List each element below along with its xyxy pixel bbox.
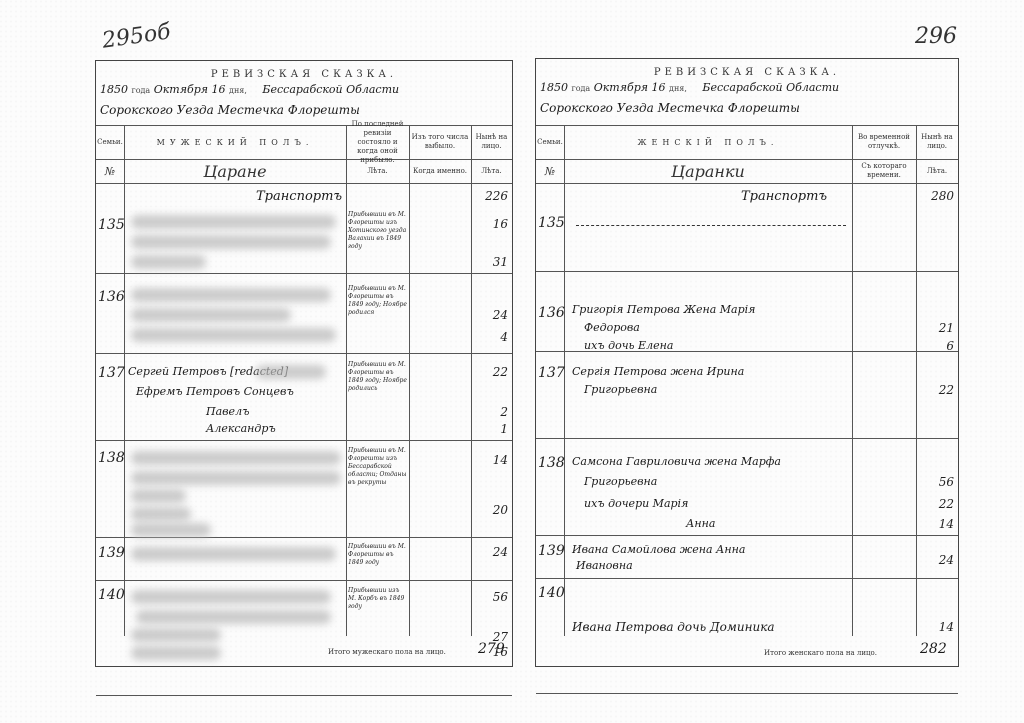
subhdr-group: Царане bbox=[124, 159, 346, 183]
person-entry: ихъ дочь Елена bbox=[584, 339, 673, 352]
empty-entry-dash bbox=[576, 225, 846, 226]
family-number: 140 bbox=[538, 585, 565, 601]
redacted-name bbox=[131, 471, 341, 485]
col-departed: Изъ того числа выбыло. bbox=[409, 125, 471, 159]
person-entry: Ивановна bbox=[576, 559, 633, 572]
person-entry: Анна bbox=[686, 517, 715, 530]
redacted-name bbox=[256, 365, 326, 379]
redacted-name bbox=[131, 255, 206, 269]
left-header-line1: 1850 года Октября 16 дня, Бессарабской О… bbox=[100, 83, 399, 96]
family-number: 140 bbox=[98, 587, 125, 603]
age: 14 bbox=[474, 453, 508, 467]
person-name: Александръ bbox=[206, 422, 276, 435]
person-entry: Григорьевна bbox=[584, 383, 657, 396]
age: 22 bbox=[474, 365, 508, 379]
subhdr-no: № bbox=[96, 159, 124, 183]
age: 22 bbox=[920, 497, 954, 511]
right-page-number: 296 bbox=[915, 24, 957, 49]
left-total-label: Итого мужескаго пола на лицо. bbox=[328, 648, 446, 656]
family-number: 137 bbox=[538, 365, 565, 381]
right-total-value: 282 bbox=[920, 641, 947, 657]
family-number: 138 bbox=[98, 450, 125, 466]
family-number: 135 bbox=[538, 215, 565, 231]
redacted-name bbox=[131, 328, 336, 342]
redacted-name bbox=[131, 646, 221, 660]
age: 14 bbox=[920, 620, 954, 634]
right-page: РЕВИЗСКАЯ СКАЗКА. 1850 года Октября 16 д… bbox=[535, 58, 959, 667]
redacted-name bbox=[131, 547, 336, 561]
person-entry: Ивана Самойлова жена Анна bbox=[572, 543, 745, 556]
subhdr-age: Лѣта. bbox=[916, 159, 958, 183]
age: 21 bbox=[920, 321, 954, 335]
subhdr-when: Когда именно. bbox=[409, 159, 471, 183]
col-since-last-revision: По последней ревизіи состояло и когда он… bbox=[346, 125, 409, 159]
arrival-note: Прибывшии въ М. Флорешты изъ Хотинского … bbox=[348, 211, 408, 251]
col-family: Семьи. bbox=[536, 125, 564, 159]
redacted-name bbox=[131, 590, 331, 604]
age: 56 bbox=[474, 590, 508, 604]
family-number: 136 bbox=[98, 289, 125, 305]
family-number: 136 bbox=[538, 305, 565, 321]
family-number: 138 bbox=[538, 455, 565, 471]
redacted-name bbox=[131, 288, 331, 302]
family-number: 139 bbox=[538, 543, 565, 559]
age: 24 bbox=[474, 308, 508, 322]
col-family: Семьи. bbox=[96, 125, 124, 159]
redacted-name bbox=[131, 451, 341, 465]
person-name: Ефремъ Петровъ Сонцевъ bbox=[136, 385, 294, 398]
age: 56 bbox=[920, 475, 954, 489]
arrival-note: Прибывшии въ М. Флорешты въ 1849 году; Н… bbox=[348, 361, 408, 393]
subhdr-years: Лѣта. bbox=[346, 159, 409, 183]
left-transport-value: 226 bbox=[474, 189, 508, 203]
right-header-line1: 1850 года Октября 16 дня, Бессарабской О… bbox=[540, 81, 839, 94]
right-title: РЕВИЗСКАЯ СКАЗКА. bbox=[536, 67, 958, 78]
arrival-note: Прибывшии изъ М. Корбъ въ 1849 году bbox=[348, 587, 408, 611]
age: 1 bbox=[474, 422, 508, 436]
age: 31 bbox=[474, 255, 508, 269]
redacted-name bbox=[131, 523, 211, 537]
arrival-note: Прибывшии въ М. Флорешты въ 1849 году; Н… bbox=[348, 285, 408, 317]
col-male-sex: МУЖЕСКИЙ ПОЛЪ. bbox=[124, 125, 346, 159]
arrival-note: Прибывшии въ М. Флорешты изъ Бессарабско… bbox=[348, 447, 408, 487]
person-entry: Самсона Гавриловича жена Марфа bbox=[572, 455, 781, 468]
left-header-line2: Сорокского Уезда Местечка Флорешты bbox=[100, 103, 360, 117]
left-page: РЕВИЗСКАЯ СКАЗКА. 1850 года Октября 16 д… bbox=[95, 60, 513, 667]
right-header-line2: Сорокского Уезда Местечка Флорешты bbox=[540, 101, 800, 115]
age: 6 bbox=[920, 339, 954, 353]
subhdr-group: Царанки bbox=[564, 159, 852, 183]
family-number: 135 bbox=[98, 217, 125, 233]
right-transport-value: 280 bbox=[920, 189, 954, 203]
age: 2 bbox=[474, 405, 508, 419]
col-current-age: Нынѣ на лицо. bbox=[471, 125, 512, 159]
redacted-name bbox=[131, 215, 336, 229]
redacted-name bbox=[136, 610, 331, 624]
redacted-name bbox=[131, 628, 221, 642]
left-table: Семьи. МУЖЕСКИЙ ПОЛЪ. По последней ревиз… bbox=[96, 125, 512, 666]
col-temporary-absence: Во временной отлучкѣ. bbox=[852, 125, 916, 159]
age: 4 bbox=[474, 330, 508, 344]
subhdr-since: Съ котораго времени. bbox=[852, 159, 916, 183]
age: 24 bbox=[920, 553, 954, 567]
right-transport-label: Транспортъ bbox=[741, 189, 827, 204]
col-current-age: Нынѣ на лицо. bbox=[916, 125, 958, 159]
right-total-label: Итого женскаго пола на лицо. bbox=[764, 649, 877, 657]
redacted-name bbox=[131, 308, 291, 322]
age: 16 bbox=[474, 217, 508, 231]
redacted-name bbox=[131, 235, 331, 249]
redacted-name bbox=[131, 489, 186, 503]
age: 22 bbox=[920, 383, 954, 397]
age: 14 bbox=[920, 517, 954, 531]
age: 24 bbox=[474, 545, 508, 559]
right-table: Семьи. ЖЕНСКІЙ ПОЛЪ. Во временной отлучк… bbox=[536, 125, 958, 666]
person-entry: Ивана Петрова дочь Доминика bbox=[572, 620, 775, 634]
redacted-name bbox=[131, 507, 191, 521]
subhdr-no: № bbox=[536, 159, 564, 183]
left-transport-label: Транспортъ bbox=[256, 189, 342, 204]
arrival-note: Прибывшии въ М. Флорешты въ 1849 году bbox=[348, 543, 408, 567]
person-entry: Григорія Петрова Жена Марія bbox=[572, 303, 755, 316]
person-entry: ихъ дочери Марія bbox=[584, 497, 688, 510]
left-title: РЕВИЗСКАЯ СКАЗКА. bbox=[96, 69, 512, 80]
family-number: 137 bbox=[98, 365, 125, 381]
subhdr-age: Лѣта. bbox=[471, 159, 512, 183]
col-female-sex: ЖЕНСКІЙ ПОЛЪ. bbox=[564, 125, 852, 159]
family-number: 139 bbox=[98, 545, 125, 561]
left-total-value: 279 bbox=[478, 641, 505, 657]
person-entry: Федорова bbox=[584, 321, 640, 334]
person-name: Павелъ bbox=[206, 405, 249, 418]
person-entry: Григорьевна bbox=[584, 475, 657, 488]
age: 20 bbox=[474, 503, 508, 517]
person-entry: Сергія Петрова жена Ирина bbox=[572, 365, 744, 378]
